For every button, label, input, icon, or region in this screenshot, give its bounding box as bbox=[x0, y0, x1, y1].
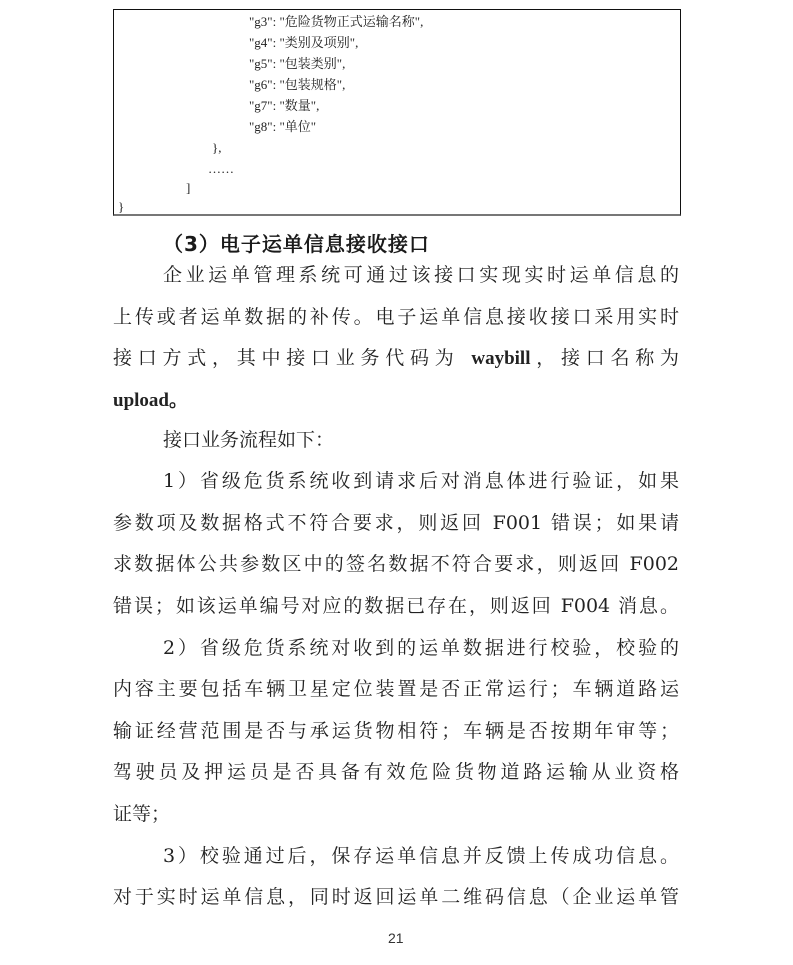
code-line: ] bbox=[186, 180, 190, 195]
code-line: "g3": "危险货物正式运输名称", bbox=[249, 14, 423, 29]
paragraph-line: upload。 bbox=[113, 388, 679, 413]
interface-name: upload bbox=[113, 390, 169, 411]
paragraph-line: 对于实时运单信息，同时返回运单二维码信息（企业运单管 bbox=[113, 885, 679, 909]
page-number: 21 bbox=[388, 930, 404, 946]
paragraph-line: 证等； bbox=[113, 802, 679, 826]
business-code: waybill bbox=[471, 348, 530, 369]
code-line: "g5": "包装类别", bbox=[249, 56, 345, 71]
code-line: "g6": "包装规格", bbox=[249, 77, 345, 92]
paragraph-line: 上传或者运单数据的补传。电子运单信息接收接口采用实时 bbox=[113, 305, 679, 329]
code-line: }, bbox=[212, 140, 222, 155]
paragraph-line: 内容主要包括车辆卫星定位装置是否正常运行；车辆道路运 bbox=[113, 677, 679, 701]
code-line: "g7": "数量", bbox=[249, 98, 319, 113]
text-span: 接口方式，其中接口业务代码为 bbox=[113, 347, 471, 369]
code-line: "g8": "单位" bbox=[249, 119, 316, 134]
code-block bbox=[113, 9, 681, 216]
paragraph-line: 企业运单管理系统可通过该接口实现实时运单信息的 bbox=[163, 263, 679, 287]
text-span: 。 bbox=[169, 390, 188, 411]
paragraph-line: 1）省级危货系统收到请求后对消息体进行验证，如果 bbox=[163, 469, 679, 493]
section-heading: （3）电子运单信息接收接口 bbox=[163, 228, 430, 257]
paragraph-line: 错误；如该运单编号对应的数据已存在，则返回 F004 消息。 bbox=[113, 594, 679, 618]
code-line: "g4": "类别及项别", bbox=[249, 35, 358, 50]
code-line: } bbox=[118, 199, 124, 214]
paragraph-line: 2）省级危货系统对收到的运单数据进行校验，校验的 bbox=[163, 636, 679, 660]
paragraph-line: 输证经营范围是否与承运货物相符；车辆是否按期年审等； bbox=[113, 719, 679, 743]
code-line: …… bbox=[208, 161, 234, 176]
paragraph-line: 参数项及数据格式不符合要求，则返回 F001 错误；如果请 bbox=[113, 511, 679, 535]
text-span: ，接口名称为 bbox=[530, 347, 679, 369]
flow-title: 接口业务流程如下： bbox=[163, 428, 679, 452]
paragraph-line: 接口方式，其中接口业务代码为 waybill，接口名称为 bbox=[113, 346, 679, 371]
paragraph-line: 驾驶员及押运员是否具备有效危险货物道路运输从业资格 bbox=[113, 760, 679, 784]
paragraph-line: 3）校验通过后，保存运单信息并反馈上传成功信息。 bbox=[163, 844, 679, 868]
paragraph-line: 求数据体公共参数区中的签名数据不符合要求，则返回 F002 bbox=[113, 552, 679, 576]
